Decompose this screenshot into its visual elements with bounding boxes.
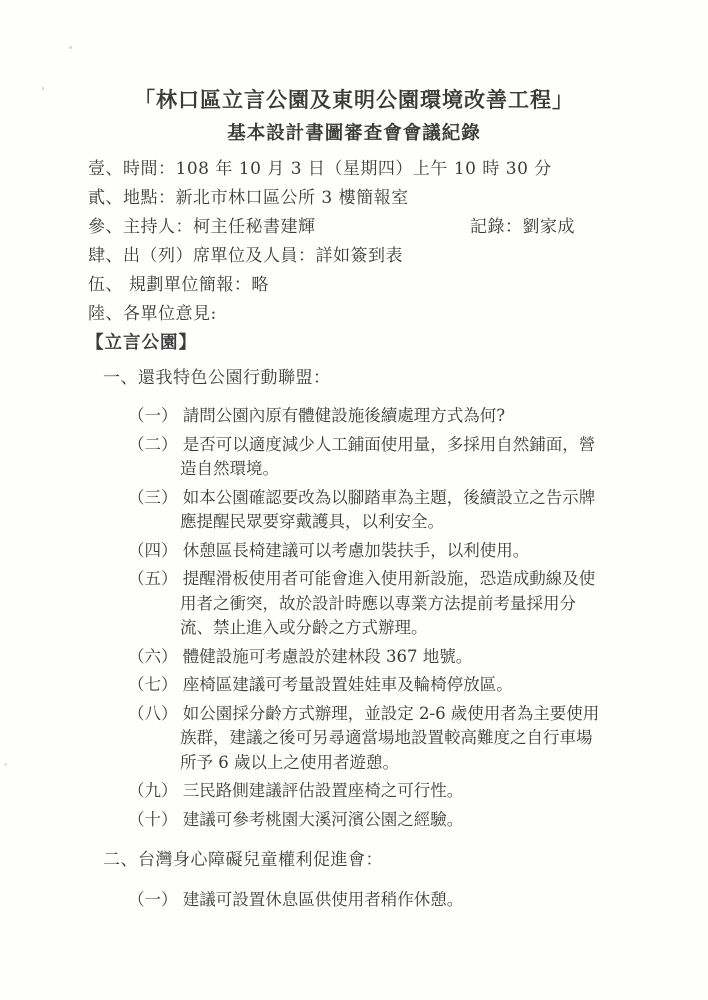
opinion-item: （十） 建議可參考桃園大溪河濱公園之經驗。 bbox=[128, 808, 604, 833]
meta-block: 壹、時間：108 年 10 月 3 日（星期四）上午 10 時 30 分 貳、地… bbox=[0, 155, 708, 329]
opinion-group: 二、台灣身心障礙兒童權利促進會： （一） 建議可設置休息區供使用者稍作休憩。 bbox=[0, 847, 708, 913]
opinion-item: （七） 座椅區建議可考量設置娃娃車及輪椅停放區。 bbox=[128, 673, 604, 698]
opinion-item: （三） 如本公園確認要改為以腳踏車為主題，後續設立之告示牌應提醒民眾要穿戴護具，… bbox=[128, 486, 604, 535]
scan-speck bbox=[42, 87, 44, 90]
meta-recorder: 記錄：劉家成 bbox=[470, 213, 575, 242]
meta-location: 貳、地點：新北市林口區公所 3 樓簡報室 bbox=[88, 184, 708, 213]
meta-opinions: 陸、各單位意見: bbox=[88, 300, 708, 329]
opinion-items: （一） 請問公園內原有體健設施後續處理方式為何? （二） 是否可以適度減少人工鋪… bbox=[128, 404, 604, 832]
opinion-items: （一） 建議可設置休息區供使用者稍作休憩。 bbox=[128, 888, 604, 913]
meta-host-line: 參、主持人：柯主任秘書建輝記錄：劉家成 bbox=[88, 213, 708, 242]
group-heading: 一、還我特色公園行動聯盟： bbox=[103, 365, 708, 391]
document-subtitle: 基本設計書圖審查會會議紀錄 bbox=[10, 122, 698, 146]
document-title: 「林口區立言公園及東明公園環境改善工程」 bbox=[10, 86, 698, 114]
section-header-park: 【立言公園】 bbox=[86, 330, 708, 357]
meta-attendees: 肆、出（列）席單位及人員：詳如簽到表 bbox=[88, 242, 708, 271]
scan-speck bbox=[4, 763, 7, 766]
opinion-item: （八） 如公園採分齡方式辦理，並設定 2-6 歲使用者為主要使用族群，建議之後可… bbox=[128, 702, 604, 776]
opinion-group: 一、還我特色公園行動聯盟： （一） 請問公園內原有體健設施後續處理方式為何? （… bbox=[0, 365, 708, 832]
group-heading: 二、台灣身心障礙兒童權利促進會： bbox=[103, 847, 708, 873]
meta-host: 參、主持人：柯主任秘書建輝 bbox=[88, 217, 316, 237]
scanned-document-page: 「林口區立言公園及東明公園環境改善工程」 基本設計書圖審查會會議紀錄 壹、時間：… bbox=[0, 0, 708, 1000]
meta-briefing: 伍、 規劃單位簡報：略 bbox=[88, 271, 708, 300]
opinion-item: （五） 提醒滑板使用者可能會進入使用新設施，恐造成動線及使用者之衝突，故於設計時… bbox=[128, 567, 604, 641]
opinion-item: （一） 建議可設置休息區供使用者稍作休憩。 bbox=[128, 888, 604, 913]
opinion-item: （一） 請問公園內原有體健設施後續處理方式為何? bbox=[128, 404, 604, 429]
opinion-item: （二） 是否可以適度減少人工鋪面使用量，多採用自然鋪面，營造自然環境。 bbox=[128, 433, 604, 482]
opinion-item: （四） 休憩區長椅建議可以考慮加裝扶手，以利使用。 bbox=[128, 539, 604, 564]
opinion-item: （九） 三民路側建議評估設置座椅之可行性。 bbox=[128, 779, 604, 804]
opinion-item: （六） 體健設施可考慮設於建林段 367 地號。 bbox=[128, 645, 604, 670]
scan-speck bbox=[69, 46, 72, 49]
meta-time: 壹、時間：108 年 10 月 3 日（星期四）上午 10 時 30 分 bbox=[88, 155, 708, 184]
